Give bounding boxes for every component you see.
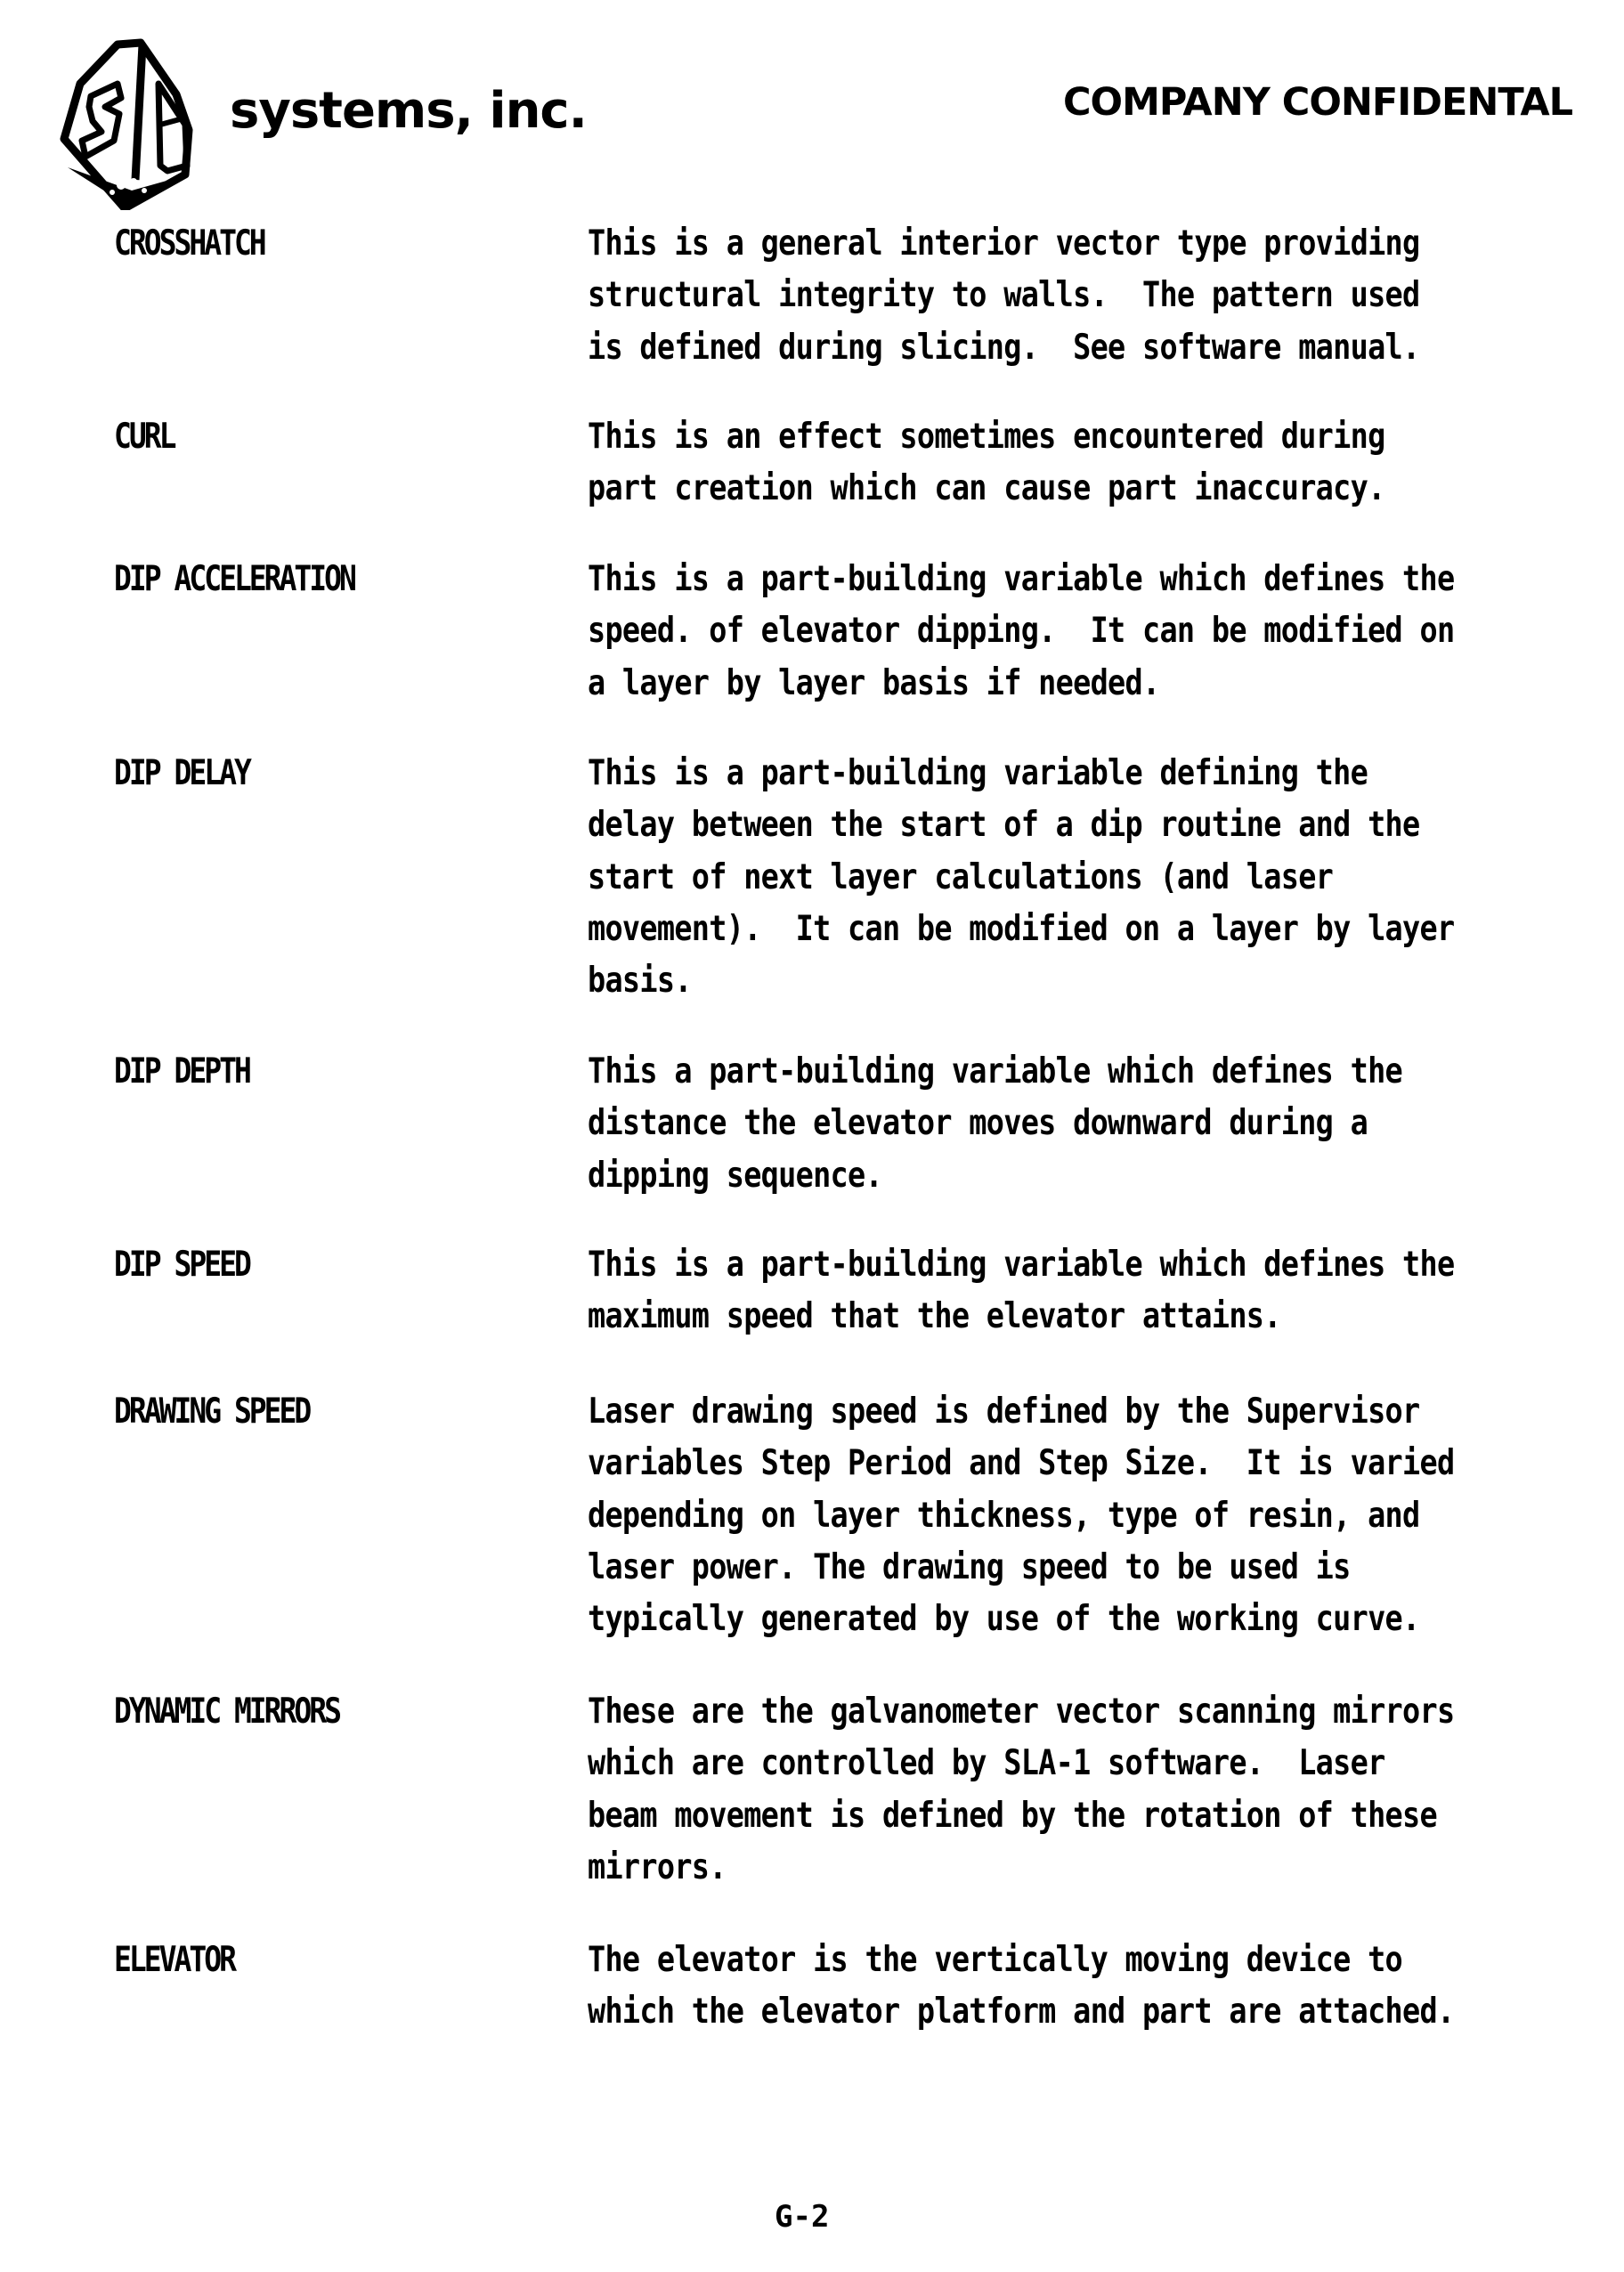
3d-systems-logo-icon [36, 32, 227, 210]
glossary-term: DIP DELAY [114, 755, 249, 790]
glossary-definition-line: start of next layer calculations (and la… [588, 859, 1333, 895]
glossary-term: DYNAMIC MIRRORS [114, 1693, 339, 1728]
glossary-term: ELEVATOR [114, 1942, 234, 1976]
glossary-definition-line: a layer by layer basis if needed. [588, 665, 1159, 701]
glossary-definition-line: These are the galvanometer vector scanni… [588, 1693, 1454, 1729]
glossary-definition-line: The elevator is the vertically moving de… [588, 1942, 1402, 1977]
glossary-term: CURL [114, 418, 174, 453]
glossary-definition-line: mirrors. [588, 1849, 727, 1885]
glossary-definition-line: is defined during slicing. See software … [588, 329, 1420, 365]
glossary-definition-line: depending on layer thickness, type of re… [588, 1497, 1420, 1533]
glossary-definition-line: This is an effect sometimes encountered … [588, 418, 1385, 454]
glossary-definition-line: typically generated by use of the workin… [588, 1601, 1420, 1636]
glossary-definition-line: structural integrity to walls. The patte… [588, 277, 1420, 312]
glossary-definition-line: movement). It can be modified on a layer… [588, 911, 1454, 946]
glossary-definition-line: Laser drawing speed is defined by the Su… [588, 1393, 1420, 1429]
glossary-definition-line: which are controlled by SLA-1 software. … [588, 1745, 1385, 1781]
glossary-definition-line: basis. [588, 962, 692, 998]
company-name: systems, inc. [230, 82, 587, 140]
glossary-definition-line: speed. of elevator dipping. It can be mo… [588, 613, 1454, 648]
glossary-term: DRAWING SPEED [114, 1393, 309, 1428]
glossary-definition-line: This is a part-building variable which d… [588, 561, 1454, 596]
glossary-definition-line: delay between the start of a dip routine… [588, 807, 1420, 842]
glossary-term: DIP DEPTH [114, 1053, 249, 1088]
glossary-definition-line: maximum speed that the elevator attains. [588, 1298, 1281, 1334]
glossary-term: CROSSHATCH [114, 225, 264, 260]
glossary-definition-line: distance the elevator moves downward dur… [588, 1105, 1368, 1140]
glossary-definition-line: variables Step Period and Step Size. It … [588, 1445, 1454, 1481]
glossary-definition-line: part creation which can cause part inacc… [588, 470, 1385, 506]
glossary-term: DIP ACCELERATION [114, 561, 354, 596]
glossary-definition-line: beam movement is defined by the rotation… [588, 1797, 1437, 1833]
confidential-label: COMPANY CONFIDENTAL [1063, 80, 1572, 125]
glossary-definition-line: laser power. The drawing speed to be use… [588, 1549, 1351, 1585]
glossary-definition-line: This a part-building variable which defi… [588, 1053, 1402, 1089]
glossary-term: DIP SPEED [114, 1246, 249, 1281]
glossary-definition-line: This is a general interior vector type p… [588, 225, 1420, 261]
glossary-definition-line: This is a part-building variable definin… [588, 755, 1368, 791]
glossary-definition-line: dipping sequence. [588, 1157, 882, 1193]
glossary-definition-line: which the elevator platform and part are… [588, 1993, 1454, 2029]
glossary-definition-line: This is a part-building variable which d… [588, 1246, 1454, 1282]
page-number: G-2 [775, 2202, 829, 2232]
